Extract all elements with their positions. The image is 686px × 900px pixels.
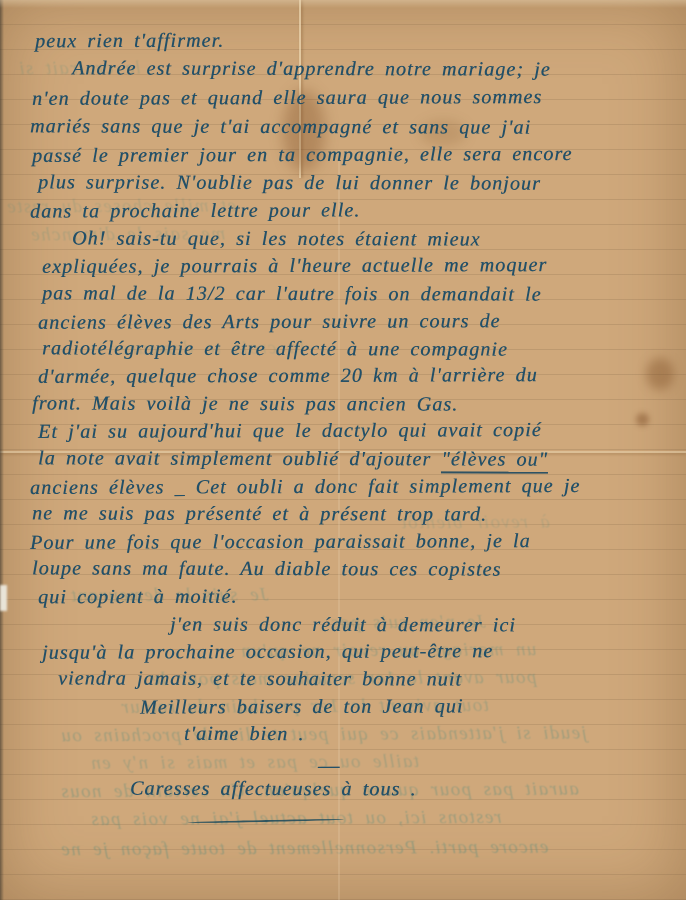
letter-line: pas mal de la 13/2 car l'autre fois on d… — [42, 280, 542, 308]
letter-line-text: la note avait simplement oublié d'ajoute… — [38, 447, 441, 470]
letter-body: peux rien t'affirmer. Andrée est surpris… — [0, 0, 686, 900]
letter-line: expliquées, je pourrais à l'heure actuel… — [42, 252, 547, 281]
letter-line: peux rien t'affirmer. — [35, 28, 224, 56]
letter-line: Andrée est surprise d'apprendre notre ma… — [72, 55, 551, 83]
letter-line: viendra jamais, et te souhaiter bonne nu… — [58, 665, 462, 693]
letter-line: la note avait simplement oublié d'ajoute… — [38, 445, 548, 473]
letter-line: radiotélégraphie et être affecté à une c… — [42, 335, 508, 363]
letter-line: passé le premier jour en ta compagnie, e… — [32, 141, 573, 170]
letter-line: Et j'ai su aujourd'hui que le dactylo qu… — [38, 417, 542, 446]
letter-line: plus surprise. N'oublie pas de lui donne… — [38, 169, 541, 197]
letter-line: j'en suis donc réduit à demeurer ici — [170, 612, 516, 640]
letter-line: dans ta prochaine lettre pour elle. — [30, 197, 360, 225]
signature-line: Meilleurs baisers de ton Jean qui — [140, 693, 464, 721]
underlined-phrase: "élèves ou" — [441, 448, 548, 473]
letter-line: front. Mais voilà je ne suis pas ancien … — [32, 390, 458, 418]
letter-line: ne me suis pas présenté et à présent tro… — [32, 500, 487, 528]
letter-line: mariés sans que je t'ai accompagné et sa… — [30, 113, 531, 141]
letter-line: n'en doute pas et quand elle saura que n… — [32, 84, 542, 113]
signature-line: t'aime bien . — [184, 721, 305, 748]
letter-line: loupe sans ma faute. Au diable tous ces … — [32, 555, 501, 583]
letter-line: Pour une fois que l'occasion paraissait … — [30, 528, 531, 557]
letter-line: anciens élèves _ Cet oubli a donc fait s… — [30, 473, 580, 502]
postscript-line: Caresses affectueuses à tous . — [130, 776, 417, 804]
letter-line: qui copient à moitié. — [38, 584, 238, 612]
letter-page: le croirait si et mille choses du reste … — [0, 0, 686, 900]
letter-line: d'armée, quelque chose comme 20 km à l'a… — [38, 362, 538, 391]
closing-underline-flourish — [188, 818, 344, 823]
letter-line: jusqu'à la prochaine occasion, qui peut-… — [42, 638, 493, 667]
letter-line: Oh! sais-tu que, si les notes étaient mi… — [72, 225, 481, 253]
letter-line: anciens élèves des Arts pour suivre un c… — [38, 308, 501, 337]
